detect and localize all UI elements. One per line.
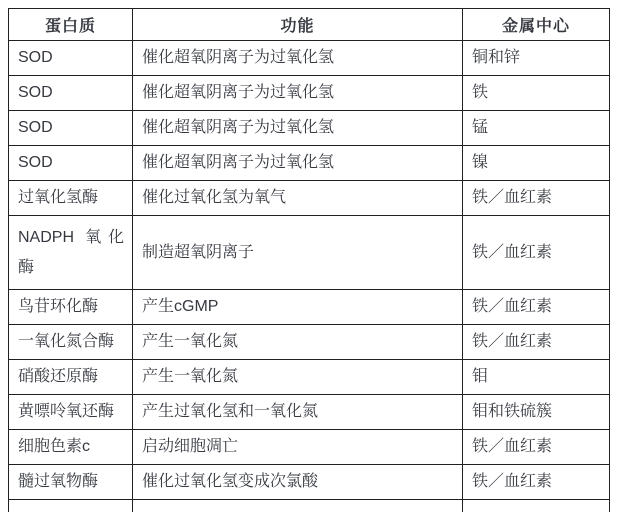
table-row: 黄嘌呤氧还酶 产生过氧化氢和一氧化氮 钼和铁硫簇 (9, 395, 610, 430)
table-row: 鸟苷环化酶 产生cGMP 铁／血红素 (9, 290, 610, 325)
metal-cell: 钼和铁硫簇 (463, 395, 610, 430)
protein-cell: 一氧化氮合酶 (9, 325, 133, 360)
protein-cell (9, 500, 133, 504)
protein-cell: 黄嘌呤氧还酶 (9, 395, 133, 430)
function-cell: 催化过氧化氢为氧气 (133, 181, 463, 216)
protein-cell: 硝酸还原酶 (9, 360, 133, 395)
protein-cell: 鸟苷环化酶 (9, 290, 133, 325)
table-row: NADPH 氧化酶 制造超氧阴离子 铁／血红素 (9, 216, 610, 290)
metal-cell: 铁／血红素 (463, 465, 610, 500)
table-row: 细胞色素c 启动细胞凋亡 铁／血红素 (9, 430, 610, 465)
metal-cell: 铁／血红素 (463, 290, 610, 325)
header-function: 功能 (133, 9, 463, 41)
function-cell (133, 500, 463, 504)
table-row: 硝酸还原酶 产生一氧化氮 钼 (9, 360, 610, 395)
metal-cell: 铁／血红素 (463, 181, 610, 216)
protein-cell: NADPH 氧化酶 (9, 216, 133, 290)
metal-cell: 铜和锌 (463, 41, 610, 76)
metal-cell: 铁 (463, 76, 610, 111)
table-header-row: 蛋白质 功能 金属中心 (9, 9, 610, 41)
protein-cell: SOD (9, 111, 133, 146)
metalloprotein-table: 蛋白质 功能 金属中心 SOD 催化超氧阴离子为过氧化氢 铜和锌 SOD 催化超… (8, 8, 610, 503)
metal-cell (463, 500, 610, 504)
partial-cut-row (9, 500, 610, 504)
table-row: SOD 催化超氧阴离子为过氧化氢 铁 (9, 76, 610, 111)
function-cell: 催化超氧阴离子为过氧化氢 (133, 41, 463, 76)
protein-cell: SOD (9, 76, 133, 111)
table-row: 一氧化氮合酶 产生一氧化氮 铁／血红素 (9, 325, 610, 360)
protein-cell: 细胞色素c (9, 430, 133, 465)
protein-cell: 过氧化氢酶 (9, 181, 133, 216)
protein-cell: 髓过氧物酶 (9, 465, 133, 500)
protein-cell: SOD (9, 41, 133, 76)
function-cell: 催化超氧阴离子为过氧化氢 (133, 146, 463, 181)
metal-cell: 铁／血红素 (463, 216, 610, 290)
function-cell: 启动细胞凋亡 (133, 430, 463, 465)
table-row: 髓过氧物酶 催化过氧化氢变成次氯酸 铁／血红素 (9, 465, 610, 500)
metal-cell: 镍 (463, 146, 610, 181)
function-cell: 制造超氧阴离子 (133, 216, 463, 290)
table-row: SOD 催化超氧阴离子为过氧化氢 镍 (9, 146, 610, 181)
table-row: SOD 催化超氧阴离子为过氧化氢 铜和锌 (9, 41, 610, 76)
protein-cell: SOD (9, 146, 133, 181)
table-row: SOD 催化超氧阴离子为过氧化氢 锰 (9, 111, 610, 146)
function-cell: 催化超氧阴离子为过氧化氢 (133, 76, 463, 111)
function-cell: 催化超氧阴离子为过氧化氢 (133, 111, 463, 146)
metal-cell: 铁／血红素 (463, 430, 610, 465)
metal-cell: 锰 (463, 111, 610, 146)
header-metal-center: 金属中心 (463, 9, 610, 41)
header-protein: 蛋白质 (9, 9, 133, 41)
function-cell: 产生cGMP (133, 290, 463, 325)
function-cell: 催化过氧化氢变成次氯酸 (133, 465, 463, 500)
metal-cell: 钼 (463, 360, 610, 395)
function-cell: 产生过氧化氢和一氧化氮 (133, 395, 463, 430)
function-cell: 产生一氧化氮 (133, 360, 463, 395)
metal-cell: 铁／血红素 (463, 325, 610, 360)
function-cell: 产生一氧化氮 (133, 325, 463, 360)
table-row: 过氧化氢酶 催化过氧化氢为氧气 铁／血红素 (9, 181, 610, 216)
